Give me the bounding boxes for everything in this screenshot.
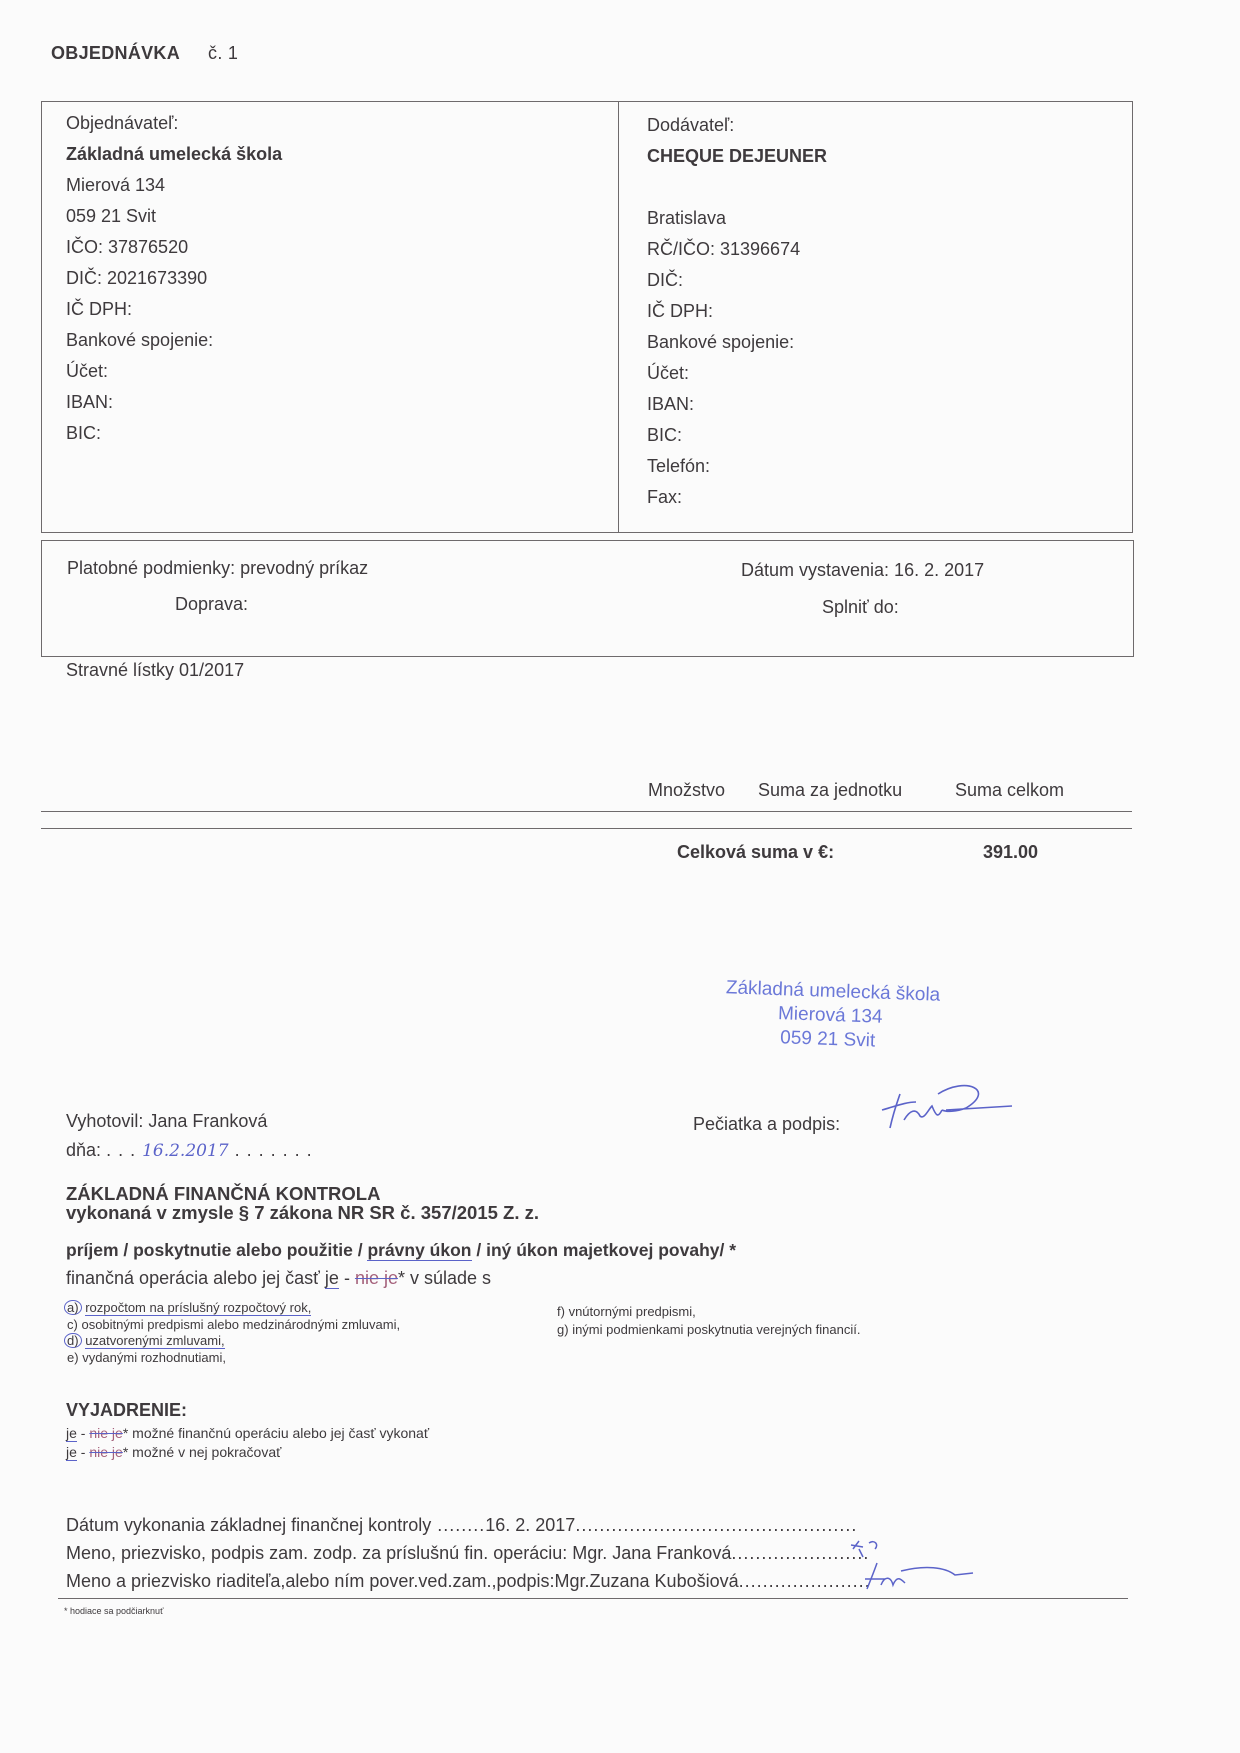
handwritten-date: 16.2.2017 bbox=[142, 1141, 229, 1161]
item-description: Stravné lístky 01/2017 bbox=[66, 660, 244, 681]
divider bbox=[41, 828, 1132, 829]
payment-terms: Platobné podmienky: prevodný príkaz bbox=[67, 558, 368, 579]
date-dots: . . . . . . . bbox=[229, 1140, 313, 1160]
orderer-city: 059 21 Svit bbox=[66, 201, 282, 232]
conditions-left: a) rozpočtom na príslušný rozpočtový rok… bbox=[64, 1300, 400, 1366]
total-value: 391.00 bbox=[983, 842, 1038, 863]
statement-je: je bbox=[66, 1425, 77, 1442]
condition-text: osobitnými predpismi alebo medzinárodným… bbox=[81, 1317, 400, 1332]
statement-title: VYJADRENIE: bbox=[66, 1400, 187, 1421]
type-selected: právny úkon bbox=[367, 1240, 471, 1261]
condition-letter: e) bbox=[67, 1350, 79, 1365]
compliance-text: finančná operácia alebo jej časť bbox=[66, 1268, 325, 1288]
condition-text: inými podmienkami poskytnutia verejných … bbox=[572, 1322, 860, 1337]
condition-a: a) rozpočtom na príslušný rozpočtový rok… bbox=[64, 1300, 400, 1317]
control-date-line: Dátum vykonania základnej finančnej kont… bbox=[66, 1515, 857, 1536]
type-text: / iný úkon majetkovej povahy/ * bbox=[472, 1240, 737, 1260]
compliance-dash: - bbox=[339, 1268, 355, 1288]
supplier-name: CHEQUE DEJEUNER bbox=[647, 141, 827, 172]
statement-text: * možné v nej pokračovať bbox=[123, 1444, 282, 1460]
transport: Doprava: bbox=[175, 594, 248, 615]
statements: je - nie je* možné finančnú operáciu ale… bbox=[66, 1424, 429, 1462]
condition-text: rozpočtom na príslušný rozpočtový rok, bbox=[85, 1300, 311, 1316]
director-label: Meno a priezvisko riaditeľa,alebo ním po… bbox=[66, 1571, 739, 1591]
compliance-struck: nie je bbox=[355, 1268, 398, 1288]
supplier-phone: Telefón: bbox=[647, 451, 827, 482]
divider bbox=[41, 811, 1132, 812]
statement-1: je - nie je* možné finančnú operáciu ale… bbox=[66, 1424, 429, 1443]
condition-d: d) uzatvorenými zmluvami, bbox=[64, 1333, 400, 1350]
divider bbox=[58, 1598, 1128, 1599]
condition-letter: g) bbox=[557, 1322, 569, 1337]
fk-title: ZÁKLADNÁ FINANČNÁ KONTROLA bbox=[66, 1184, 539, 1203]
statement-struck: nie je bbox=[89, 1425, 122, 1441]
control-date-value: 16. 2. 2017 bbox=[485, 1515, 575, 1535]
statement-2: je - nie je* možné v nej pokračovať bbox=[66, 1443, 429, 1462]
supplier-ic-dph: IČ DPH: bbox=[647, 296, 827, 327]
supplier-city: Bratislava bbox=[647, 203, 827, 234]
responsible-line: Meno, priezvisko, podpis zam. zodp. za p… bbox=[66, 1543, 869, 1564]
supplier-iban: IBAN: bbox=[647, 389, 827, 420]
dots: ........ bbox=[431, 1515, 485, 1535]
condition-letter: f) bbox=[557, 1304, 565, 1319]
statement-struck: nie je bbox=[89, 1444, 122, 1460]
terms-box: Platobné podmienky: prevodný príkaz Dopr… bbox=[41, 540, 1134, 657]
type-text: príjem / poskytnutie alebo použitie / bbox=[66, 1240, 367, 1260]
column-unit-price: Suma za jednotku bbox=[758, 780, 902, 801]
orderer-bic: BIC: bbox=[66, 418, 282, 449]
issue-date: Dátum vystavenia: 16. 2. 2017 bbox=[741, 560, 984, 581]
orderer-label: Objednávateľ: bbox=[66, 108, 282, 139]
condition-g: g) inými podmienkami poskytnutia verejný… bbox=[557, 1321, 861, 1339]
orderer-bank: Bankové spojenie: bbox=[66, 325, 282, 356]
compliance-text: * v súlade s bbox=[398, 1268, 491, 1288]
title-text: OBJEDNÁVKA bbox=[51, 43, 180, 63]
orderer-dic: DIČ: 2021673390 bbox=[66, 263, 282, 294]
supplier-bic: BIC: bbox=[647, 420, 827, 451]
orderer-ico: IČO: 37876520 bbox=[66, 232, 282, 263]
stamp-signature-label: Pečiatka a podpis: bbox=[693, 1114, 840, 1135]
total-label: Celková suma v €: bbox=[677, 842, 834, 863]
condition-letter: a) bbox=[64, 1300, 82, 1315]
spacer bbox=[647, 172, 827, 203]
column-quantity: Množstvo bbox=[648, 780, 725, 801]
supplier-account: Účet: bbox=[647, 358, 827, 389]
condition-letter: c) bbox=[67, 1317, 78, 1332]
supplier-ico: RČ/IČO: 31396674 bbox=[647, 234, 827, 265]
deliver-by: Splniť do: bbox=[822, 597, 899, 618]
condition-c: c) osobitnými predpismi alebo medzinárod… bbox=[64, 1317, 400, 1334]
operation-type-line: príjem / poskytnutie alebo použitie / pr… bbox=[66, 1240, 736, 1261]
compliance-je: je bbox=[325, 1268, 339, 1289]
orderer-ic-dph: IČ DPH: bbox=[66, 294, 282, 325]
column-total: Suma celkom bbox=[955, 780, 1064, 801]
date-label: dňa: bbox=[66, 1140, 101, 1160]
condition-f: f) vnútornými predpismi, bbox=[557, 1303, 861, 1321]
order-number: č. 1 bbox=[208, 43, 238, 63]
compliance-line: finančná operácia alebo jej časť je - ni… bbox=[66, 1268, 491, 1289]
dots: ........................................… bbox=[575, 1515, 857, 1535]
condition-text: vnútornými predpismi, bbox=[569, 1304, 696, 1319]
document-title: OBJEDNÁVKAč. 1 bbox=[51, 43, 238, 64]
supplier-box: Dodávateľ: CHEQUE DEJEUNER Bratislava RČ… bbox=[617, 101, 1133, 533]
date-dots: . . . bbox=[106, 1140, 142, 1160]
condition-letter: d) bbox=[64, 1333, 82, 1348]
footnote: * hodiace sa podčiarknuť bbox=[64, 1606, 163, 1616]
supplier-label: Dodávateľ: bbox=[647, 110, 827, 141]
statement-je: je bbox=[66, 1444, 77, 1461]
fk-subtitle: vykonaná v zmysle § 7 zákona NR SR č. 35… bbox=[66, 1203, 539, 1222]
orderer-iban: IBAN: bbox=[66, 387, 282, 418]
orderer-name: Základná umelecká škola bbox=[66, 139, 282, 170]
statement-text: * možné finančnú operáciu alebo jej časť… bbox=[123, 1425, 429, 1441]
school-stamp: Základná umelecká škola Mierová 134 059 … bbox=[724, 976, 941, 1055]
responsible-label: Meno, priezvisko, podpis zam. zodp. za p… bbox=[66, 1543, 731, 1563]
control-date-label: Dátum vykonania základnej finančnej kont… bbox=[66, 1515, 431, 1535]
financial-control-heading: ZÁKLADNÁ FINANČNÁ KONTROLA vykonaná v zm… bbox=[66, 1184, 539, 1222]
signature-icon bbox=[845, 1535, 975, 1595]
orderer-account: Účet: bbox=[66, 356, 282, 387]
supplier-bank: Bankové spojenie: bbox=[647, 327, 827, 358]
director-line: Meno a priezvisko riaditeľa,alebo ním po… bbox=[66, 1571, 871, 1592]
orderer-street: Mierová 134 bbox=[66, 170, 282, 201]
supplier-fax: Fax: bbox=[647, 482, 827, 513]
prepared-by: Vyhotovil: Jana Franková bbox=[66, 1111, 267, 1132]
condition-e: e) vydanými rozhodnutiami, bbox=[64, 1350, 400, 1367]
condition-text: vydanými rozhodnutiami, bbox=[82, 1350, 226, 1365]
condition-text: uzatvorenými zmluvami, bbox=[85, 1333, 224, 1349]
conditions-right: f) vnútornými predpismi, g) inými podmie… bbox=[557, 1303, 861, 1339]
orderer-box: Objednávateľ: Základná umelecká škola Mi… bbox=[41, 101, 619, 533]
signature-icon bbox=[876, 1080, 1016, 1140]
supplier-dic: DIČ: bbox=[647, 265, 827, 296]
prepared-date: dňa: . . . 16.2.2017 . . . . . . . bbox=[66, 1140, 313, 1161]
